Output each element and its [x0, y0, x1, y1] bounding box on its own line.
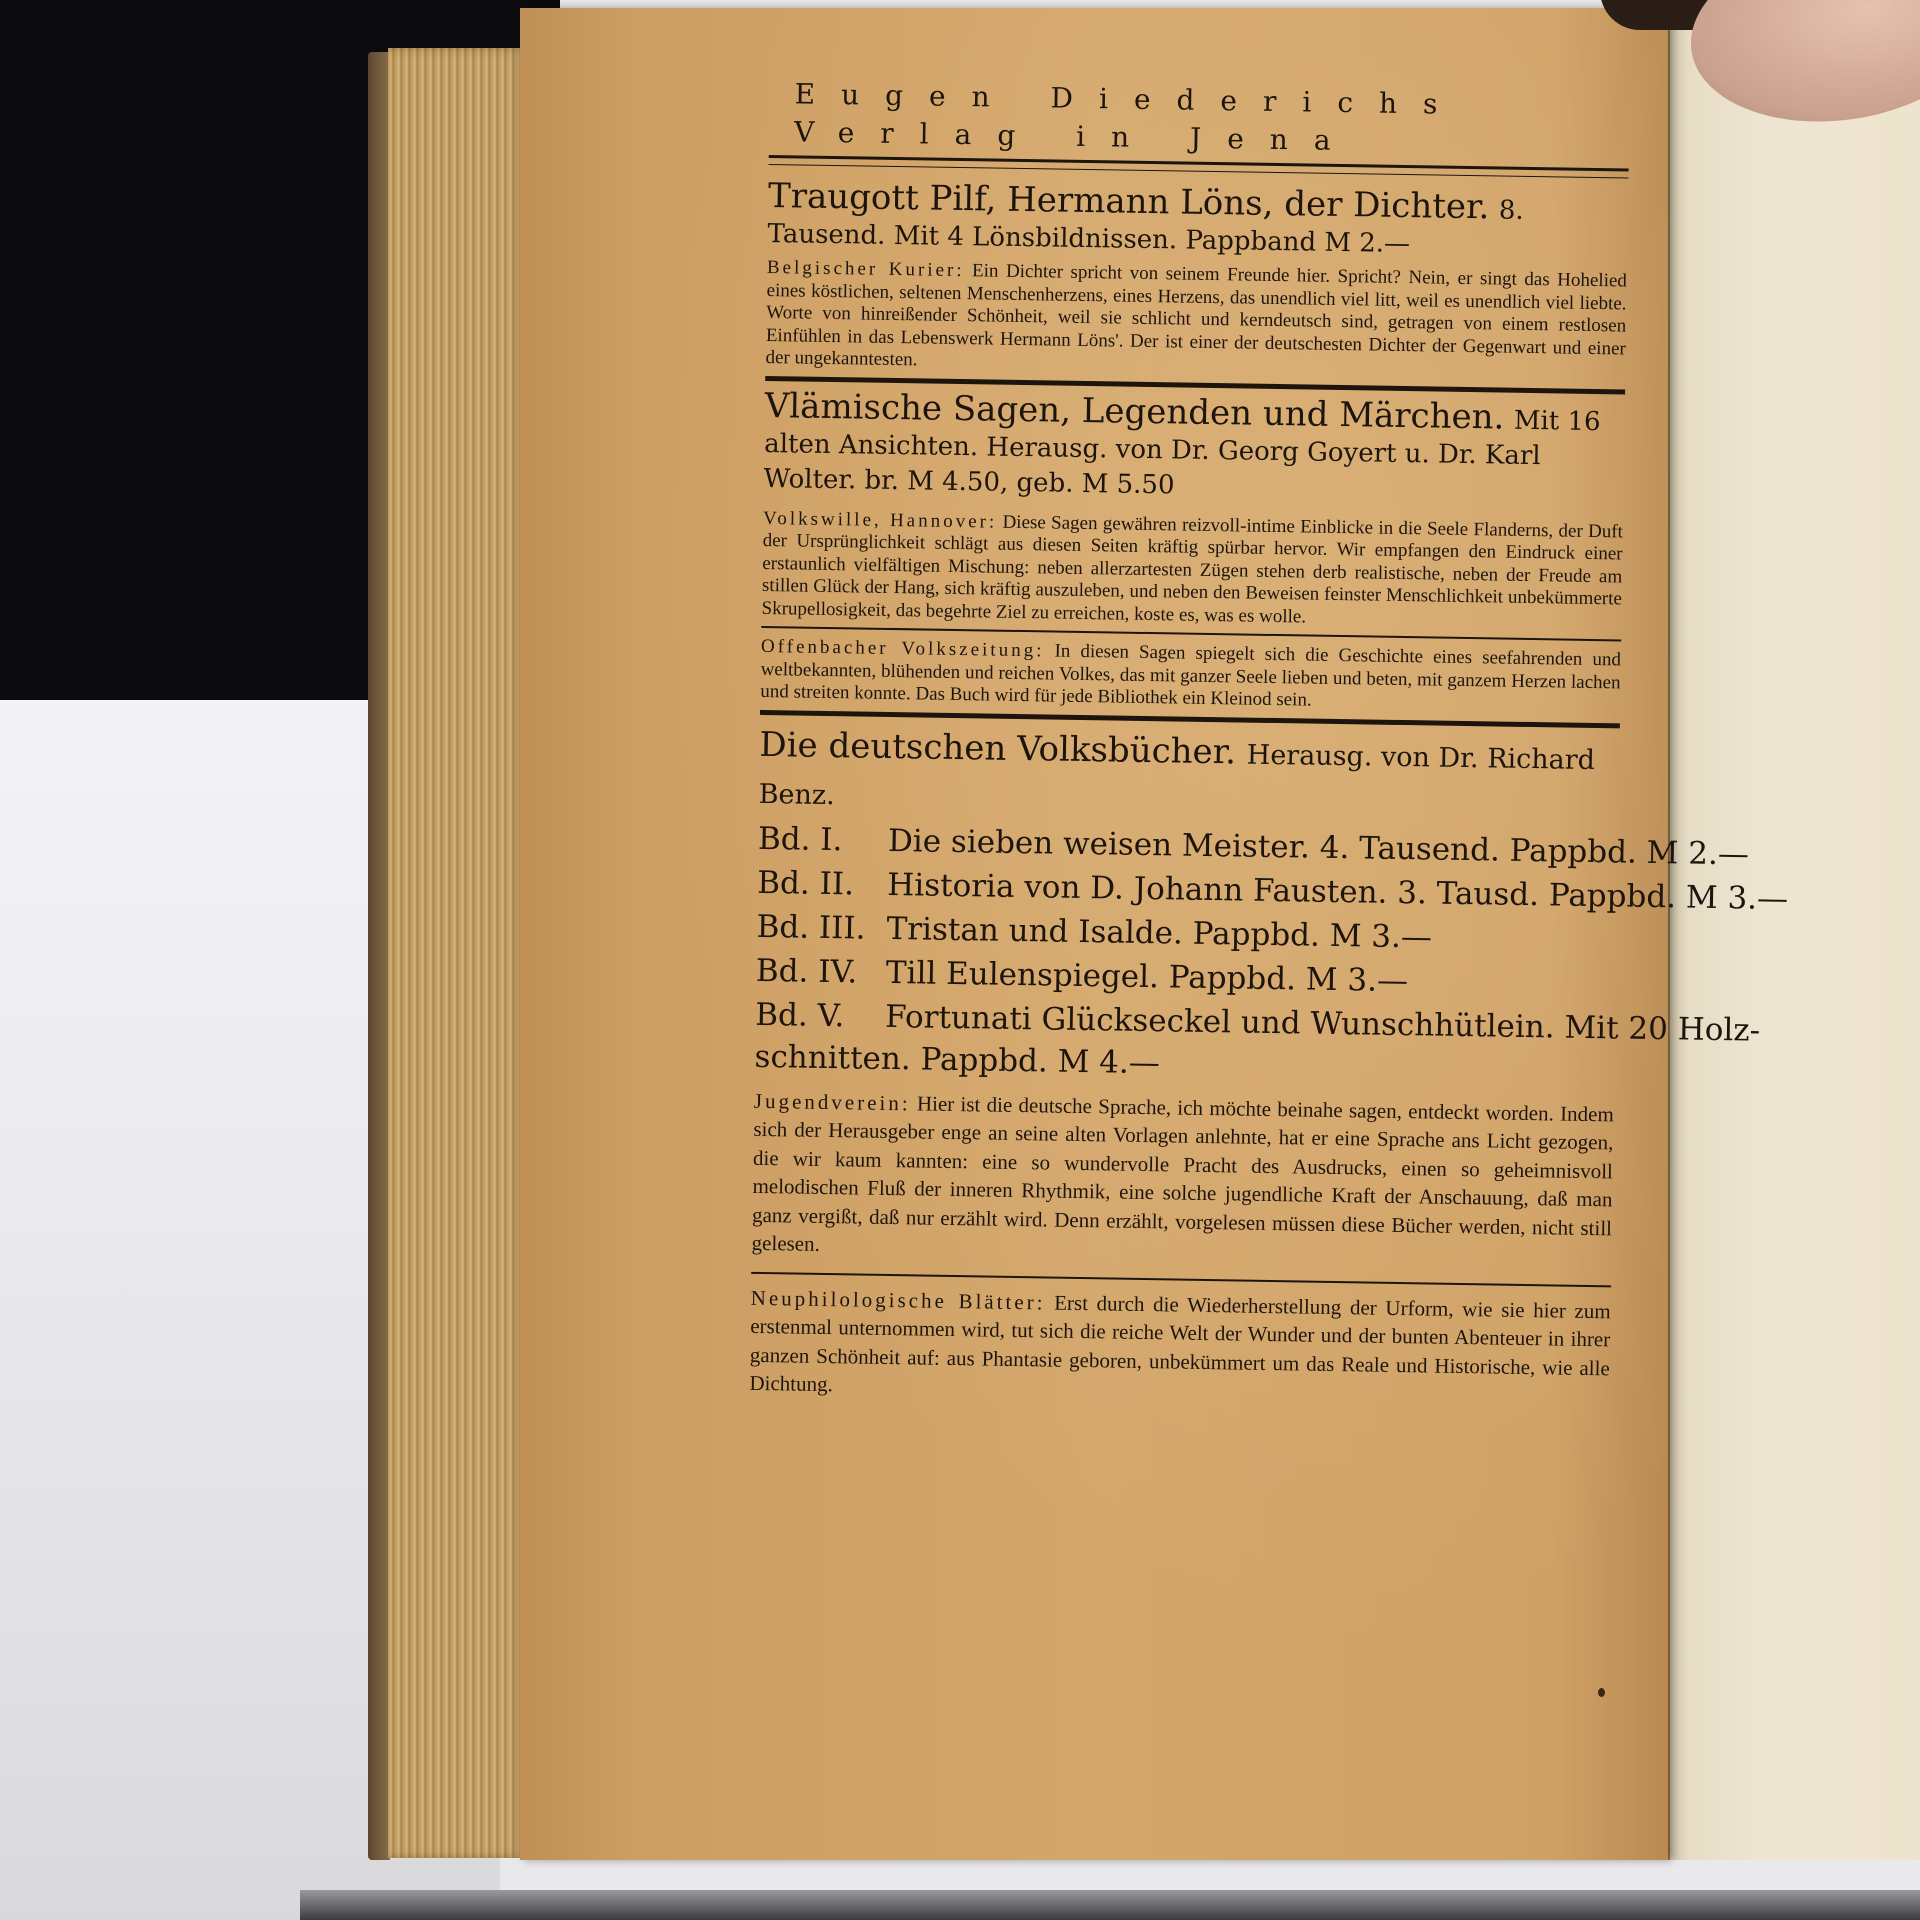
review-text: Hier ist die deutsche Sprache, ich möcht…	[751, 1091, 1614, 1256]
review-source: Neuphilologische Blätter:	[751, 1285, 1046, 1314]
review-source: Offenbacher Volkszeitung:	[761, 636, 1045, 661]
volume-number: Bd. III.	[756, 904, 887, 950]
review-quote: Offenbacher Volkszeitung: In diesen Sage…	[760, 636, 1621, 717]
review-quote: Belgischer Kurier: Ein Dichter spricht v…	[765, 257, 1627, 383]
review-source: Volkswille, Hannover:	[763, 507, 998, 532]
review-quote: Volkswille, Hannover: Diese Sagen gewähr…	[761, 507, 1623, 633]
running-head: Eugen Diederichs Verlag in Jena	[794, 75, 1630, 164]
entry-title: Die deutschen Volksbücher.	[759, 724, 1236, 771]
table-edge-shadow	[300, 1890, 1920, 1920]
entry-loens: Traugott Pilf, Hermann Löns, der Dichter…	[765, 179, 1628, 383]
entry-heading: Die deutschen Volksbücher. Herausg. von …	[758, 722, 1619, 829]
review-source: Jugendverein:	[754, 1088, 911, 1114]
book-cover-edge	[368, 52, 390, 1860]
page-content: Eugen Diederichs Verlag in Jena Traugott…	[749, 75, 1630, 1415]
volume-number: Bd. V.	[755, 992, 886, 1038]
entry-heading: Traugott Pilf, Hermann Löns, der Dichter…	[767, 179, 1628, 264]
entry-title: Traugott Pilf, Hermann Löns, der Dichter…	[768, 176, 1490, 227]
entry-volksbuecher: Die deutschen Volksbücher. Herausg. von …	[749, 722, 1619, 1410]
review-quote: Jugendverein: Hier ist die deutsche Spra…	[751, 1086, 1614, 1270]
entry-vlaemische-sagen: Vlämische Sagen, Legenden und Märchen. M…	[760, 388, 1625, 716]
volume-number: Bd. IV.	[756, 948, 887, 994]
review-quote: Neuphilologische Blätter: Erst durch die…	[749, 1283, 1611, 1410]
review-source: Belgischer Kurier:	[767, 257, 965, 281]
volume-number: Bd. I.	[758, 816, 889, 862]
entry-heading: Vlämische Sagen, Legenden und Märchen. M…	[763, 388, 1625, 508]
facing-page	[1668, 10, 1920, 1860]
volume-number: Bd. II.	[757, 860, 888, 906]
paper-spot	[1598, 1688, 1605, 1697]
page-stack-edges	[388, 48, 526, 1858]
